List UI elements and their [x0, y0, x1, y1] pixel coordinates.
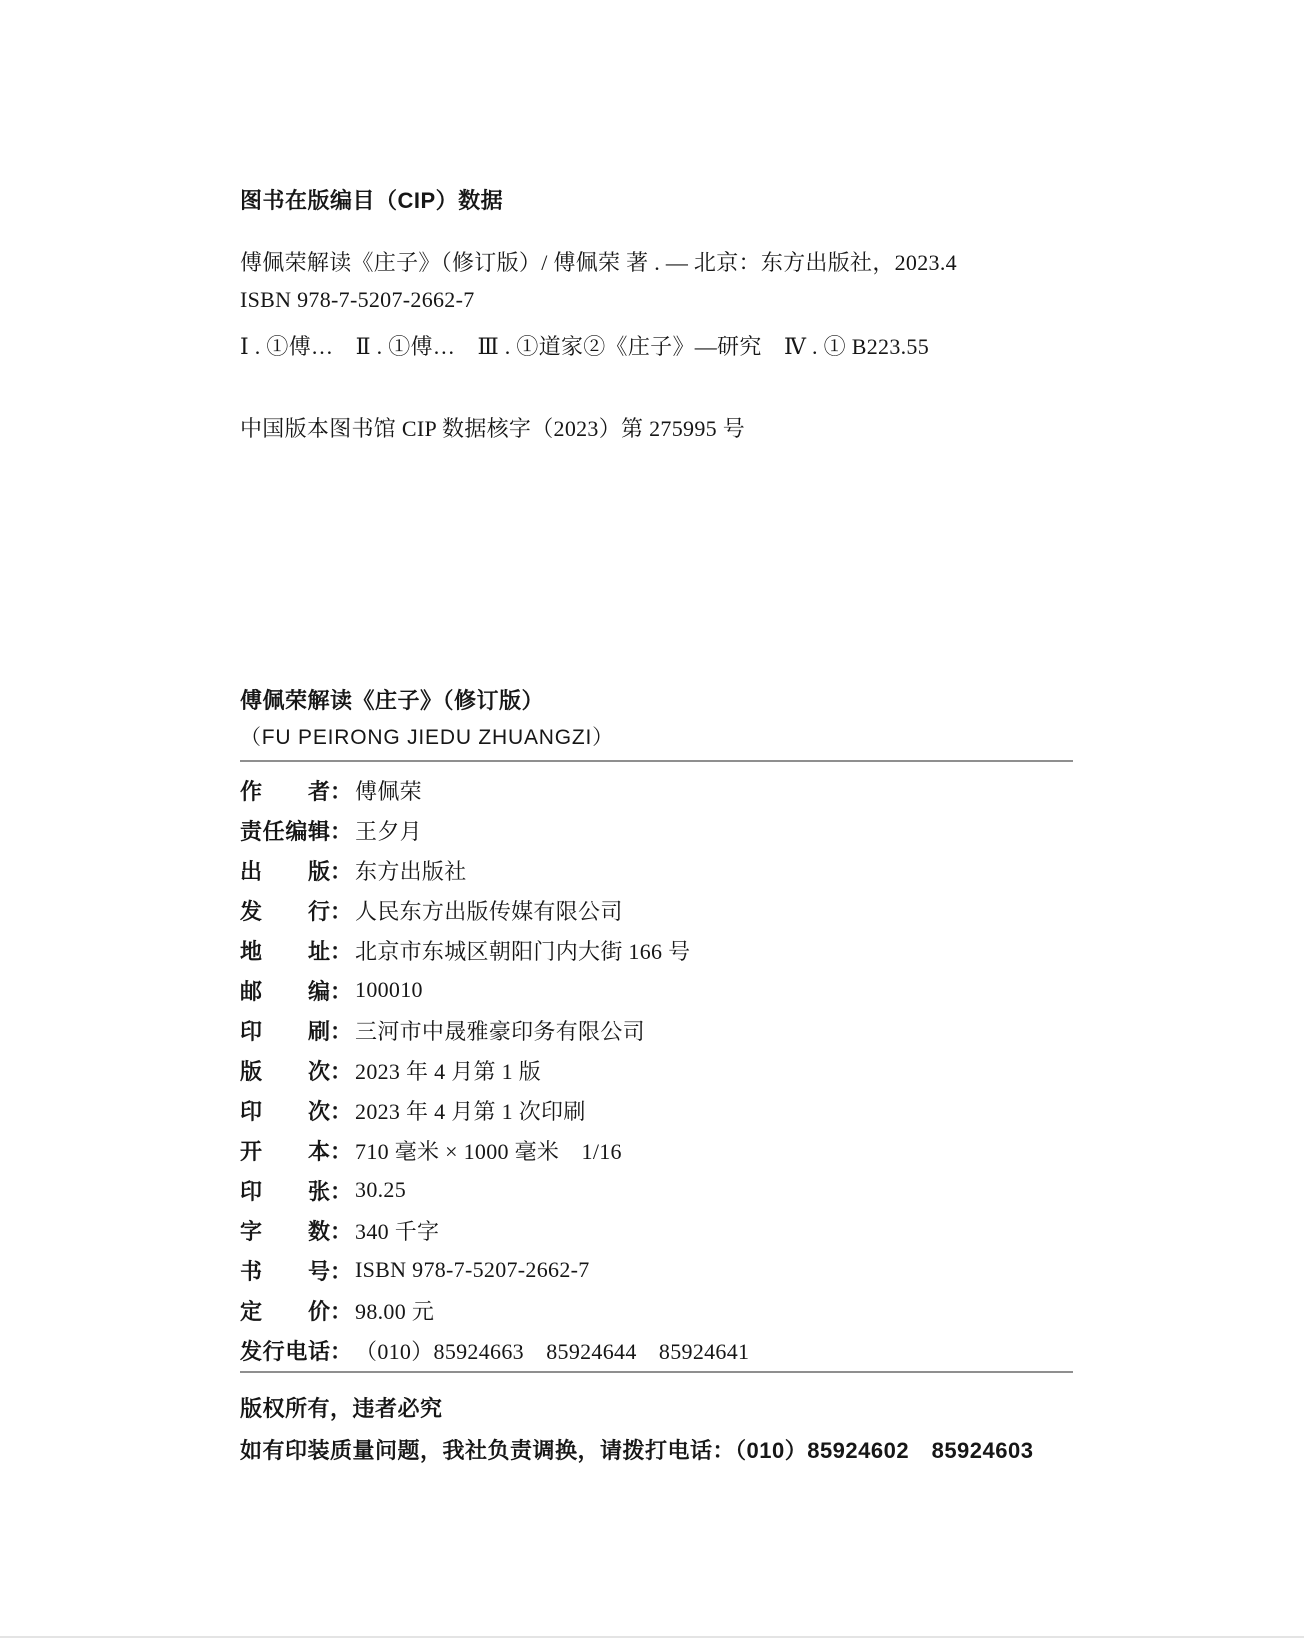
copyright-page: 图书在版编目（CIP）数据 傅佩荣解读《庄子》（修订版）/ 傅佩荣 著 . — …	[0, 0, 1304, 1638]
detail-value: 340 千字	[355, 1215, 439, 1246]
detail-value: 710 毫米 × 1000 毫米 1/16	[355, 1135, 622, 1166]
detail-separator: ：	[330, 1095, 352, 1126]
detail-label: 地址	[240, 935, 330, 966]
detail-separator: ：	[330, 1055, 352, 1086]
detail-value: 100010	[355, 977, 423, 1003]
detail-value: 30.25	[355, 1177, 406, 1203]
detail-label: 作者	[240, 775, 330, 806]
detail-separator: ：	[330, 815, 352, 846]
detail-separator: ：	[330, 1135, 352, 1166]
cip-isbn-line: ISBN 978-7-5207-2662-7	[240, 287, 1080, 313]
detail-label: 定价	[240, 1295, 330, 1326]
detail-separator: ：	[330, 975, 352, 1006]
detail-value: 2023 年 4 月第 1 版	[355, 1055, 541, 1086]
detail-label: 出版	[240, 855, 330, 886]
detail-separator: ：	[330, 895, 352, 926]
detail-value: 三河市中晟雅豪印务有限公司	[355, 1015, 645, 1046]
detail-row: 出版：东方出版社	[240, 850, 1080, 890]
cip-description-line: 傅佩荣解读《庄子》（修订版）/ 傅佩荣 著 . — 北京：东方出版社，2023.…	[240, 246, 1080, 277]
detail-value: 98.00 元	[355, 1295, 434, 1326]
detail-row: 责任编辑：王夕月	[240, 810, 1080, 850]
cip-record-number-line: 中国版本图书馆 CIP 数据核字（2023）第 275995 号	[240, 412, 1080, 443]
detail-row: 发行：人民东方出版传媒有限公司	[240, 890, 1080, 930]
detail-value: ISBN 978-7-5207-2662-7	[355, 1257, 590, 1283]
detail-row: 发行电话：（010）85924663 85924644 85924641	[240, 1330, 1080, 1370]
detail-row: 版次：2023 年 4 月第 1 版	[240, 1050, 1080, 1090]
detail-row: 印刷：三河市中晟雅豪印务有限公司	[240, 1010, 1080, 1050]
detail-value: 2023 年 4 月第 1 次印刷	[355, 1095, 586, 1126]
copyright-notice: 版权所有，违者必究	[240, 1392, 1080, 1423]
detail-separator: ：	[330, 1215, 352, 1246]
detail-label: 发行电话	[240, 1335, 330, 1366]
detail-value: 傅佩荣	[355, 775, 422, 806]
detail-value: 王夕月	[355, 815, 422, 846]
detail-separator: ：	[330, 775, 352, 806]
detail-separator: ：	[330, 1335, 352, 1366]
detail-row: 印张：30.25	[240, 1170, 1080, 1210]
detail-value: （010）85924663 85924644 85924641	[355, 1335, 749, 1366]
cip-classification-line: Ⅰ . ①傅… Ⅱ . ①傅… Ⅲ . ①道家②《庄子》—研究 Ⅳ . ① B2…	[240, 330, 1080, 361]
detail-row: 印次：2023 年 4 月第 1 次印刷	[240, 1090, 1080, 1130]
detail-row: 定价：98.00 元	[240, 1290, 1080, 1330]
book-title-pinyin: （FU PEIRONG JIEDU ZHUANGZI）	[240, 721, 1080, 751]
detail-label: 字数	[240, 1215, 330, 1246]
detail-label: 印张	[240, 1175, 330, 1206]
detail-separator: ：	[330, 1015, 352, 1046]
detail-label: 开本	[240, 1135, 330, 1166]
detail-separator: ：	[330, 855, 352, 886]
cip-data-header: 图书在版编目（CIP）数据	[240, 184, 1080, 215]
detail-value: 北京市东城区朝阳门内大街 166 号	[355, 935, 690, 966]
detail-label: 书号	[240, 1255, 330, 1286]
detail-value: 东方出版社	[355, 855, 467, 886]
book-title: 傅佩荣解读《庄子》（修订版）	[240, 684, 1080, 715]
detail-label: 印刷	[240, 1015, 330, 1046]
detail-separator: ：	[330, 1255, 352, 1286]
print-quality-notice: 如有印装质量问题，我社负责调换，请拨打电话：（010）85924602 8592…	[240, 1434, 1080, 1465]
detail-label: 版次	[240, 1055, 330, 1086]
detail-label: 邮编	[240, 975, 330, 1006]
detail-row: 邮编：100010	[240, 970, 1080, 1010]
detail-row: 开本：710 毫米 × 1000 毫米 1/16	[240, 1130, 1080, 1170]
publication-details-table: 作者：傅佩荣责任编辑：王夕月出版：东方出版社发行：人民东方出版传媒有限公司地址：…	[240, 770, 1080, 1370]
detail-row: 作者：傅佩荣	[240, 770, 1080, 810]
divider-rule-bottom	[240, 1371, 1073, 1373]
detail-separator: ：	[330, 1295, 352, 1326]
divider-rule-top	[240, 760, 1073, 762]
detail-separator: ：	[330, 1175, 352, 1206]
detail-value: 人民东方出版传媒有限公司	[355, 895, 623, 926]
detail-separator: ：	[330, 935, 352, 966]
detail-row: 书号：ISBN 978-7-5207-2662-7	[240, 1250, 1080, 1290]
detail-label: 印次	[240, 1095, 330, 1126]
detail-row: 字数：340 千字	[240, 1210, 1080, 1250]
detail-label: 发行	[240, 895, 330, 926]
detail-row: 地址：北京市东城区朝阳门内大街 166 号	[240, 930, 1080, 970]
detail-label: 责任编辑	[240, 815, 330, 846]
